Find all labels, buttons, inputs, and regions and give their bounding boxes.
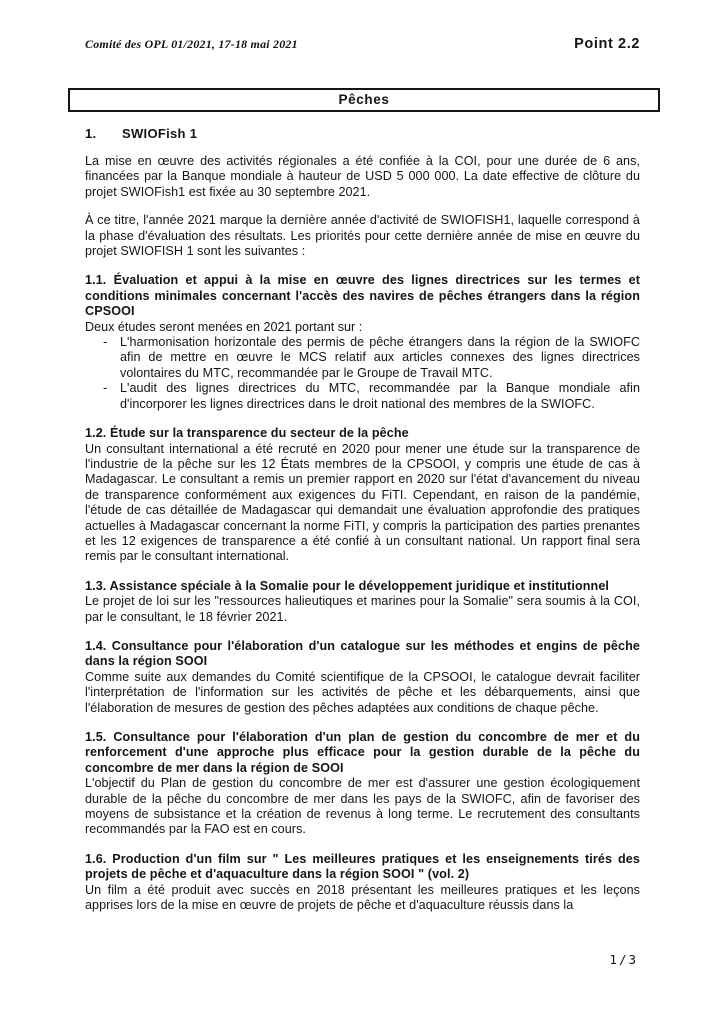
section-1-title: SWIOFish 1	[122, 126, 197, 141]
subsection-1-4: 1.4. Consultance pour l'élaboration d'un…	[85, 639, 640, 716]
subsection-1-2: 1.2. Étude sur la transparence du secteu…	[85, 426, 640, 565]
subsection-1-1-bullet-list: - L'harmonisation horizontale des permis…	[85, 335, 640, 412]
subsection-1-6-heading: 1.6. Production d'un film sur " Les meil…	[85, 852, 640, 883]
document-header: Comité des OPL 01/2021, 17-18 mai 2021 P…	[85, 36, 640, 52]
subsection-1-6-body: Un film a été produit avec succès en 201…	[85, 883, 640, 914]
subsection-1-3-body: Le projet de loi sur les "ressources hal…	[85, 594, 640, 625]
section-1-number: 1.	[85, 126, 122, 141]
bullet-dash: -	[103, 335, 120, 381]
subsection-1-1-heading: 1.1. Évaluation et appui à la mise en œu…	[85, 273, 640, 319]
document-page: Comité des OPL 01/2021, 17-18 mai 2021 P…	[0, 0, 724, 1024]
section-1-paragraph-1: La mise en œuvre des activités régionale…	[85, 154, 640, 200]
subsection-1-5-heading: 1.5. Consultance pour l'élaboration d'un…	[85, 730, 640, 776]
subsection-1-4-heading: 1.4. Consultance pour l'élaboration d'un…	[85, 639, 640, 670]
subsection-1-3-heading: 1.3. Assistance spéciale à la Somalie po…	[85, 579, 640, 594]
subsection-1-4-body: Comme suite aux demandes du Comité scien…	[85, 670, 640, 716]
document-title: Pêches	[339, 92, 390, 107]
section-1-paragraph-2: À ce titre, l'année 2021 marque la derni…	[85, 213, 640, 259]
list-item: - L'audit des lignes directrices du MTC,…	[103, 381, 640, 412]
committee-reference: Comité des OPL 01/2021, 17-18 mai 2021	[85, 37, 298, 52]
list-item-text: L'audit des lignes directrices du MTC, r…	[120, 381, 640, 412]
subsection-1-3: 1.3. Assistance spéciale à la Somalie po…	[85, 579, 640, 625]
page-number: 1/3	[609, 952, 638, 967]
subsection-1-1: 1.1. Évaluation et appui à la mise en œu…	[85, 273, 640, 412]
agenda-point: Point 2.2	[574, 36, 640, 52]
subsection-1-6: 1.6. Production d'un film sur " Les meil…	[85, 852, 640, 914]
subsection-1-1-intro: Deux études seront menées en 2021 portan…	[85, 320, 640, 335]
title-box: Pêches	[68, 88, 660, 112]
bullet-dash: -	[103, 381, 120, 412]
subsection-1-2-body: Un consultant international a été recrut…	[85, 442, 640, 565]
list-item-text: L'harmonisation horizontale des permis d…	[120, 335, 640, 381]
subsection-1-2-heading: 1.2. Étude sur la transparence du secteu…	[85, 426, 640, 441]
subsection-1-5: 1.5. Consultance pour l'élaboration d'un…	[85, 730, 640, 838]
subsection-1-5-body: L'objectif du Plan de gestion du concomb…	[85, 776, 640, 838]
list-item: - L'harmonisation horizontale des permis…	[103, 335, 640, 381]
section-1-heading: 1.SWIOFish 1	[85, 126, 640, 141]
